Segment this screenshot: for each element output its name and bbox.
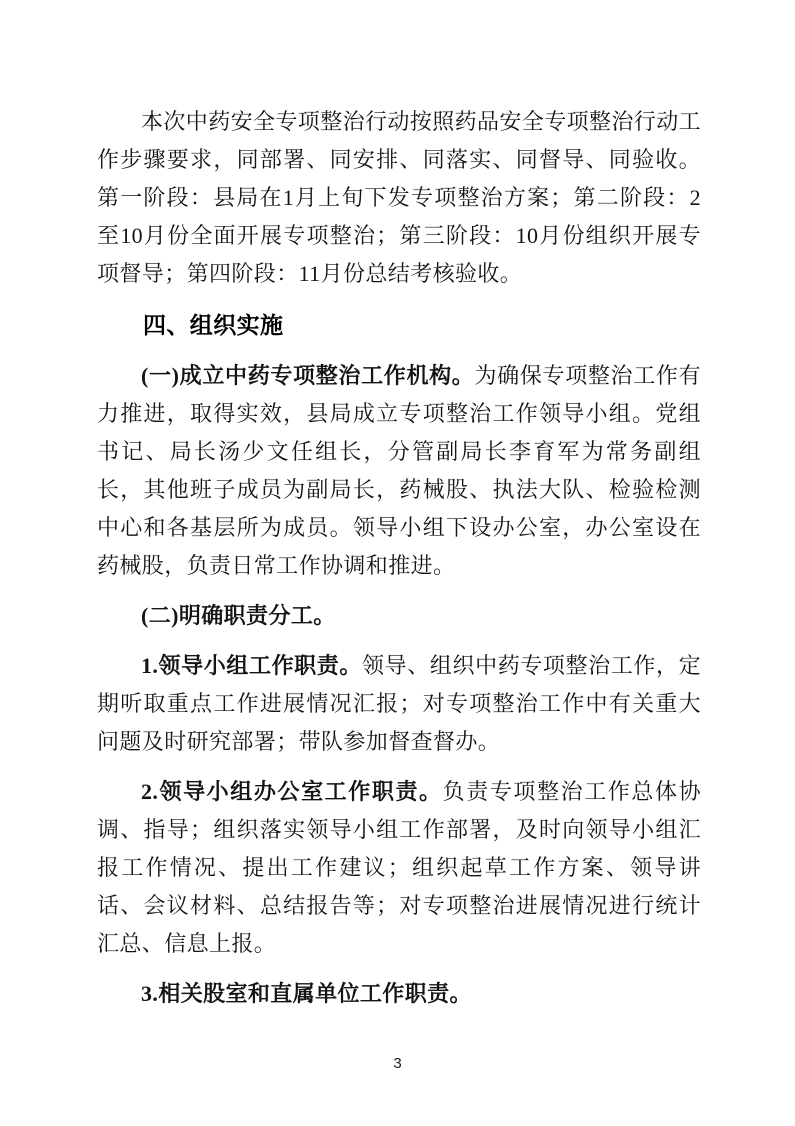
paragraph-lead-setup-organ: (一)成立中药专项整治工作机构。 (141, 363, 474, 388)
paragraph-office-duties: 2.领导小组办公室工作职责。负责专项整治工作总体协调、指导；组织落实领导小组工作… (97, 773, 701, 963)
paragraph-lead-leading-group: 1.领导小组工作职责。 (141, 653, 362, 678)
page-number: 3 (0, 1055, 795, 1072)
paragraph-implementation-phases: 本次中药安全专项整治行动按照药品安全专项整治行动工作步骤要求，同部署、同安排、同… (97, 103, 701, 293)
paragraph-text-setup-organ: 为确保专项整治工作有力推进，取得实效，县局成立专项整治工作领导小组。党组书记、局… (97, 363, 701, 578)
paragraph-lead-office-duties: 2.领导小组办公室工作职责。 (141, 779, 443, 804)
section-heading-organization: 四、组织实施 (97, 306, 701, 344)
paragraph-duty-division-heading: (二)明确职责分工。 (97, 597, 701, 635)
paragraph-related-units-heading: 3.相关股室和直属单位工作职责。 (97, 975, 701, 1013)
paragraph-lead-related-units: 3.相关股室和直属单位工作职责。 (141, 981, 472, 1006)
paragraph-lead-duty-division: (二)明确职责分工。 (141, 603, 336, 628)
paragraph-leading-group-duties: 1.领导小组工作职责。领导、组织中药专项整治工作，定期听取重点工作进展情况汇报；… (97, 647, 701, 761)
paragraph-text-office-duties: 负责专项整治工作总体协调、指导；组织落实领导小组工作部署，及时向领导小组汇报工作… (97, 779, 701, 956)
document-page: 本次中药安全专项整治行动按照药品安全专项整治行动工作步骤要求，同部署、同安排、同… (0, 0, 795, 1126)
paragraph-work-organization: (一)成立中药专项整治工作机构。为确保专项整治工作有力推进，取得实效，县局成立专… (97, 357, 701, 585)
document-body: 本次中药安全专项整治行动按照药品安全专项整治行动工作步骤要求，同部署、同安排、同… (97, 103, 701, 1025)
